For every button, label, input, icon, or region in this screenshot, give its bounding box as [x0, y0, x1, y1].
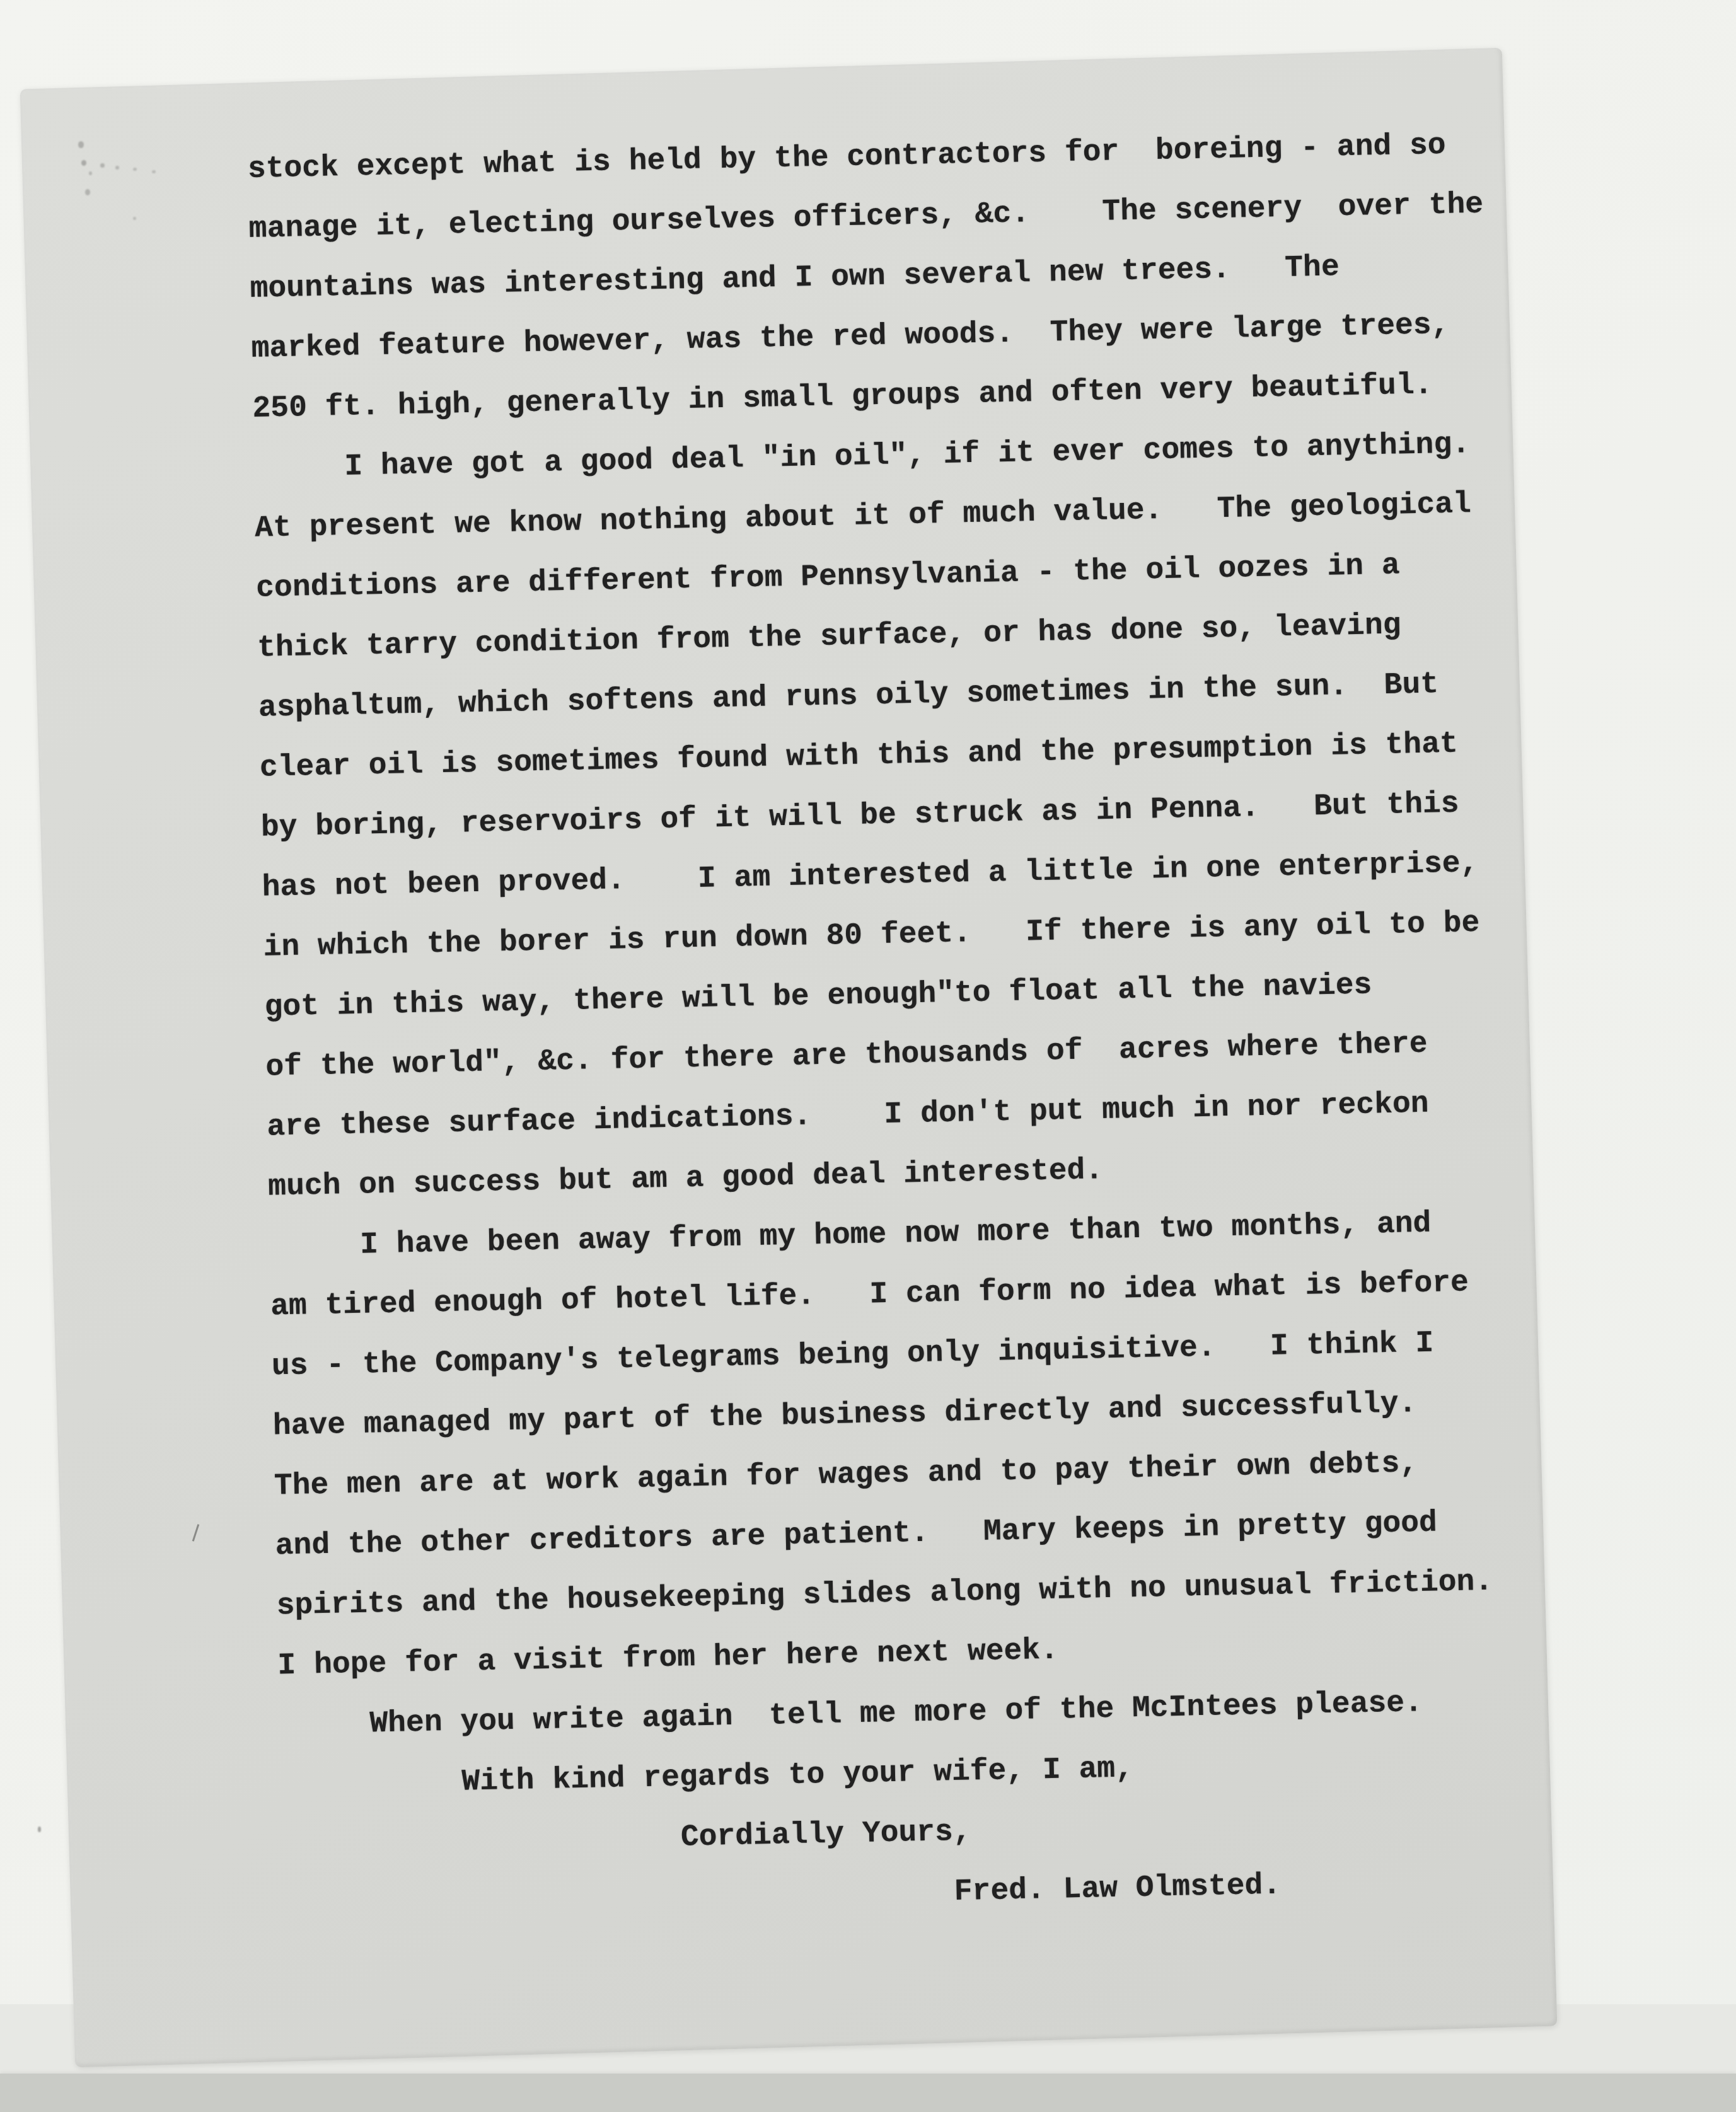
speckle-mark [133, 217, 136, 220]
scan-bottom-dark-band [0, 2074, 1736, 2112]
speckle-mark [38, 1826, 41, 1832]
speckle-mark [152, 170, 156, 173]
speckle-mark [100, 163, 105, 168]
speckle-mark [85, 189, 90, 195]
speckle-mark [89, 171, 92, 175]
scan-background: stock except what is held by the contrac… [0, 0, 1736, 2112]
speckle-mark [115, 166, 119, 170]
letter-body: stock except what is held by the contrac… [247, 115, 1518, 1936]
speckle-mark [78, 141, 84, 148]
speckle-mark [133, 168, 137, 171]
speckle-mark [81, 160, 86, 166]
